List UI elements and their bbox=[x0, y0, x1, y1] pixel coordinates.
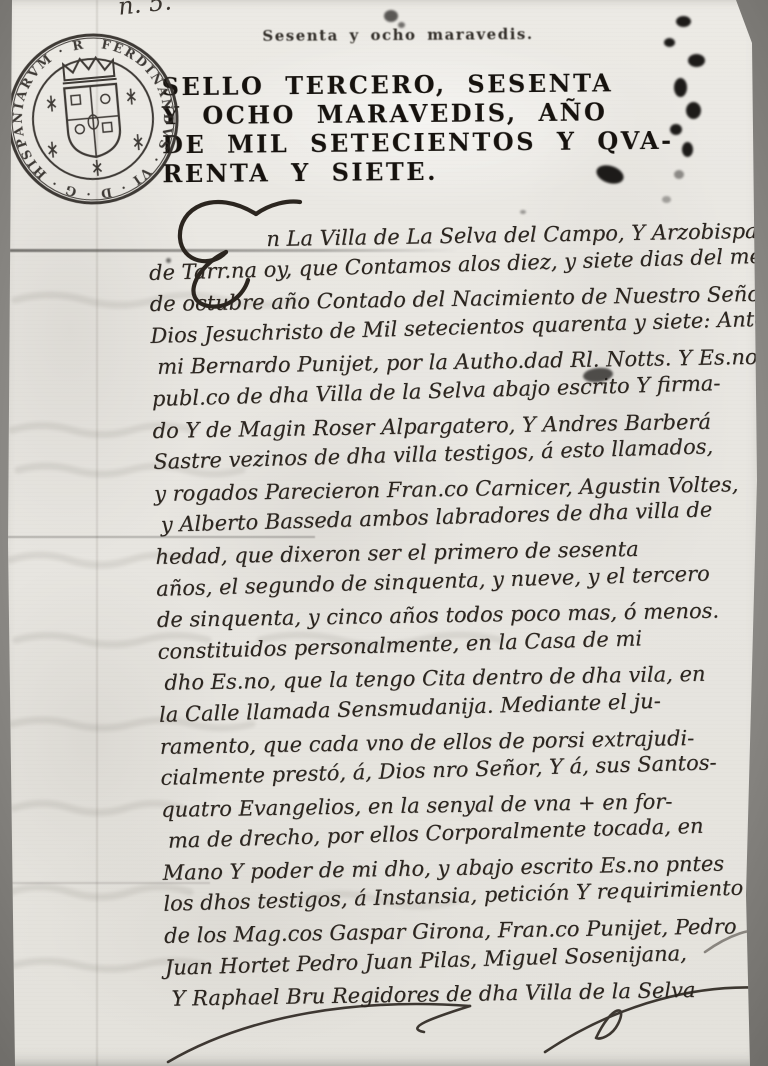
ink-blot bbox=[664, 38, 675, 47]
seal-legend: FERDINANDVS · VI · D · G · HISPANIARVM ·… bbox=[0, 19, 183, 211]
ink-speck bbox=[384, 10, 398, 22]
sello-header-line: RENTA Y SIETE. bbox=[162, 155, 682, 189]
sello-header-line: DE MIL SETECIENTOS Y QVA- bbox=[162, 126, 682, 160]
royal-seal: FERDINANDVS · VI · D · G · HISPANIARVM ·… bbox=[0, 19, 190, 220]
ink-blot bbox=[676, 16, 691, 27]
tax-stamp-line: Sesenta y ocho maravedis. bbox=[228, 25, 568, 45]
manuscript-body: n La Villa de La Selva del Campo, Y Arzo… bbox=[148, 212, 768, 1015]
ink-blot bbox=[688, 54, 705, 67]
ink-blot bbox=[682, 142, 693, 157]
ink-blot bbox=[686, 102, 701, 119]
sello-header-line: Y OCHO MARAVEDIS, AÑO bbox=[162, 97, 682, 131]
folio-number: n. 5. bbox=[117, 0, 173, 21]
sello-header-line: SELLO TERCERO, SESENTA bbox=[162, 68, 682, 102]
ink-blot bbox=[662, 196, 671, 203]
sello-header: SELLO TERCERO, SESENTA Y OCHO MARAVEDIS,… bbox=[162, 68, 683, 189]
paper-sheet: n. 5. Sesenta y ocho maravedis. SELLO TE… bbox=[0, 0, 768, 1066]
ink-speck bbox=[520, 210, 526, 214]
document-scan: n. 5. Sesenta y ocho maravedis. SELLO TE… bbox=[0, 0, 768, 1066]
